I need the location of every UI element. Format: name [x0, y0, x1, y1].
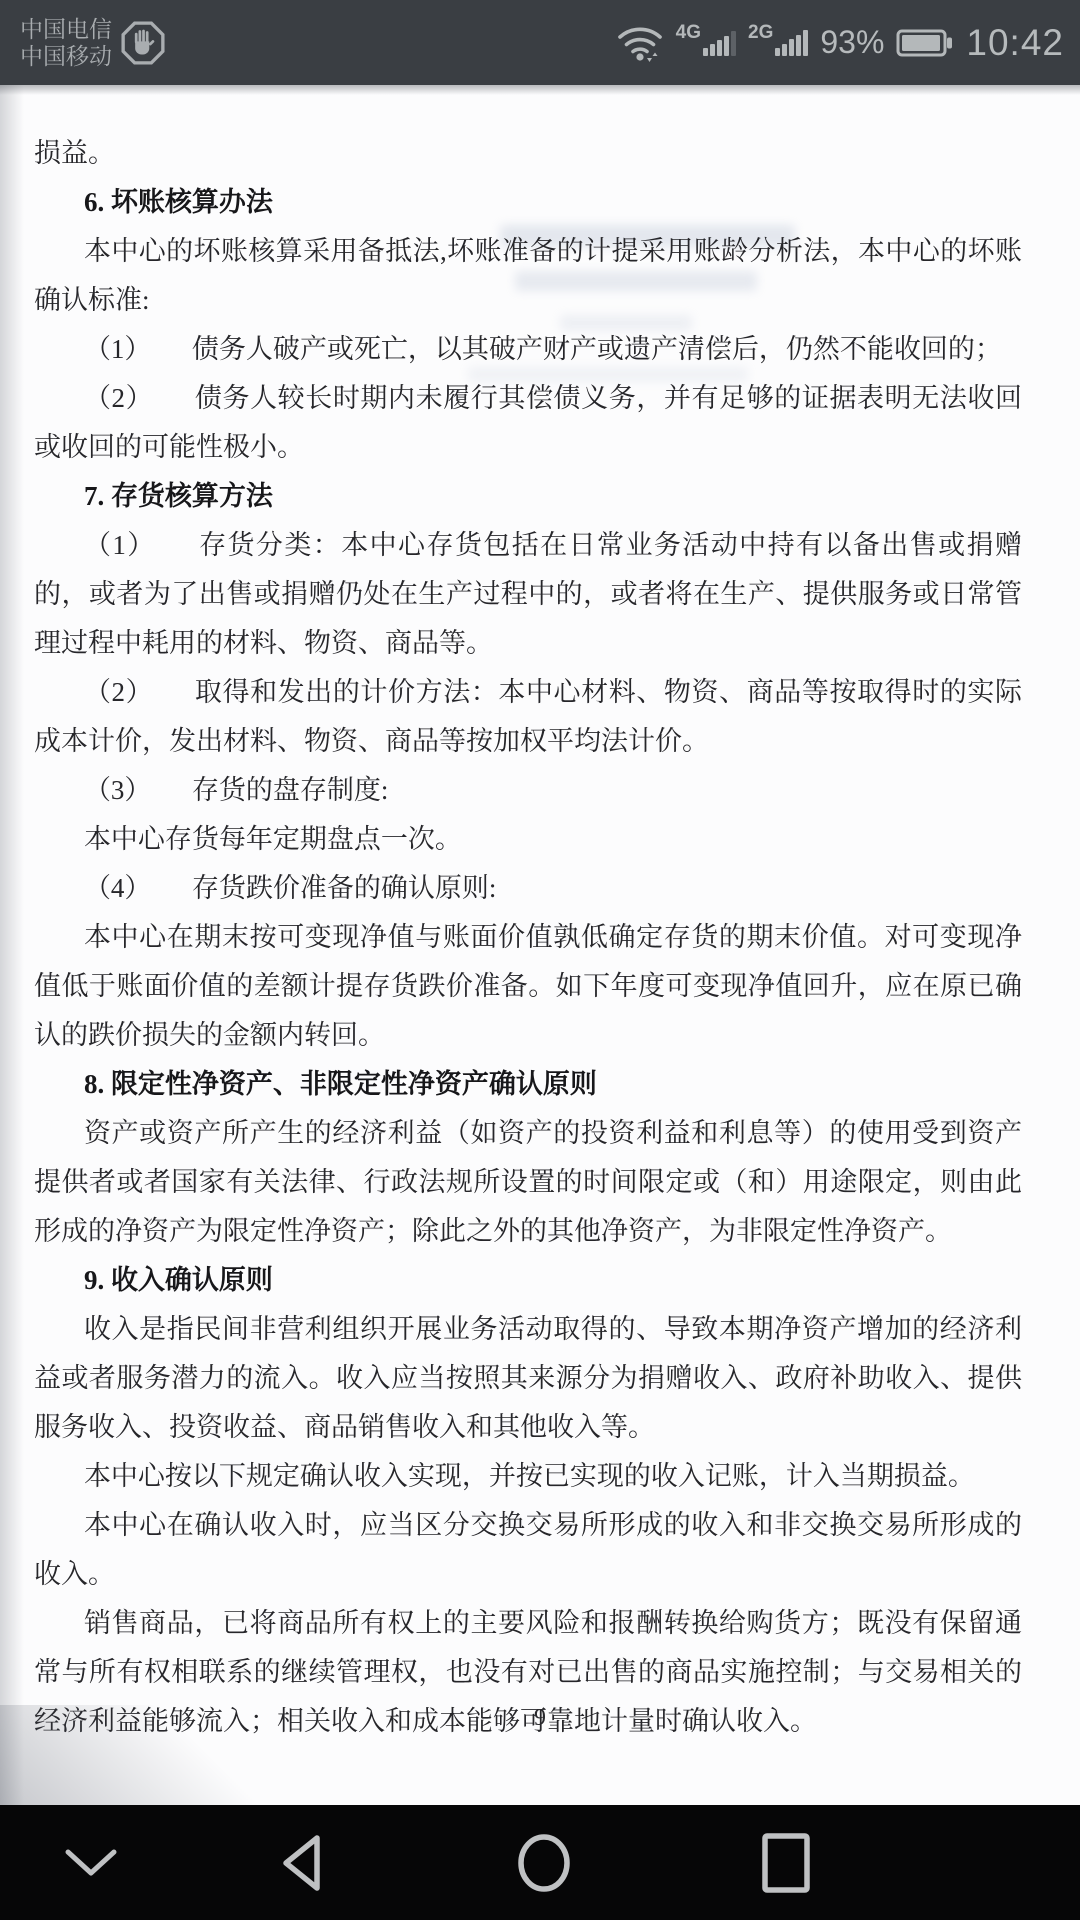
- doc-paragraph: （2） 债务人较长时期内未履行其偿债义务，并有足够的证据表明无法收回或收回的可能…: [34, 374, 1022, 472]
- carrier-names: 中国电信 中国移动: [20, 16, 112, 70]
- network-type-label-2: 2G: [748, 22, 773, 44]
- doc-paragraph: （3） 存货的盘存制度:: [34, 766, 1022, 815]
- battery-icon: [896, 26, 954, 60]
- status-bar: 中国电信 中国移动: [0, 0, 1080, 85]
- doc-paragraph: 本中心在期末按可变现净值与账面价值孰低确定存货的期末价值。对可变现净值低于账面价…: [34, 913, 1022, 1060]
- recents-button[interactable]: [760, 1831, 812, 1895]
- recents-square-icon: [760, 1831, 812, 1895]
- doc-paragraph: 资产或资产所产生的经济利益（如资产的投资利益和利息等）的使用受到资产提供者或者国…: [34, 1109, 1022, 1256]
- hide-navigation-button[interactable]: [62, 1847, 120, 1879]
- status-time: 10:42: [966, 22, 1064, 64]
- doc-paragraph: 收入是指民间非营利组织开展业务活动取得的、导致本期净资产增加的经济利益或者服务潜…: [34, 1305, 1022, 1452]
- signal-2g: 2G: [748, 30, 808, 56]
- doc-heading: 9. 收入确认原则: [34, 1256, 1022, 1305]
- signal-bars-icon-2g: [775, 30, 808, 56]
- battery-percent: 93%: [820, 24, 884, 61]
- signal-bars-icon-4g: [703, 30, 736, 56]
- back-button[interactable]: [276, 1831, 328, 1895]
- carrier-block: 中国电信 中国移动: [20, 16, 166, 70]
- signal-4g: 4G: [676, 30, 736, 56]
- document-text: 损益。6. 坏账核算办法本中心的坏账核算采用备抵法,坏账准备的计提采用账龄分析法…: [0, 85, 1080, 1805]
- navigation-bar: [0, 1805, 1080, 1920]
- doc-paragraph: 本中心在确认收入时，应当区分交换交易所形成的收入和非交换交易所形成的收入。: [34, 1501, 1022, 1599]
- home-circle-icon: [514, 1831, 574, 1895]
- doc-heading: 6. 坏账核算办法: [34, 178, 1022, 227]
- doc-paragraph: 本中心按以下规定确认收入实现，并按已实现的收入记账，计入当期损益。: [34, 1452, 1022, 1501]
- doc-paragraph: （4） 存货跌价准备的确认原则:: [34, 864, 1022, 913]
- carrier-line1: 中国电信: [20, 16, 112, 43]
- doc-paragraph: 本中心存货每年定期盘点一次。: [34, 815, 1022, 864]
- hand-block-octagon-icon: [120, 20, 166, 66]
- doc-paragraph: 本中心的坏账核算采用备抵法,坏账准备的计提采用账龄分析法，本中心的坏账确认标准:: [34, 227, 1022, 325]
- phone-screen: 中国电信 中国移动: [0, 0, 1080, 1920]
- document-page[interactable]: 损益。6. 坏账核算办法本中心的坏账核算采用备抵法,坏账准备的计提采用账龄分析法…: [0, 85, 1080, 1805]
- doc-heading: 8. 限定性净资产、非限定性净资产确认原则: [34, 1060, 1022, 1109]
- doc-paragraph: （2） 取得和发出的计价方法：本中心材料、物资、商品等按取得时的实际成本计价，发…: [34, 668, 1022, 766]
- status-indicators: 4G 2G 93% 10:42: [616, 22, 1064, 64]
- page-number: 9: [0, 1694, 1080, 1743]
- back-triangle-icon: [276, 1831, 328, 1895]
- doc-heading: 7. 存货核算方法: [34, 472, 1022, 521]
- network-type-label-1: 4G: [676, 22, 701, 44]
- doc-paragraph: （1） 债务人破产或死亡，以其破产财产或遗产清偿后，仍然不能收回的；: [34, 325, 1022, 374]
- wifi-icon: [616, 22, 664, 64]
- carrier-line2: 中国移动: [20, 43, 112, 70]
- doc-paragraph: 损益。: [34, 129, 1022, 178]
- doc-paragraph: （1） 存货分类：本中心存货包括在日常业务活动中持有以备出售或捐赠的，或者为了出…: [34, 521, 1022, 668]
- home-button[interactable]: [514, 1831, 574, 1895]
- chevron-down-icon: [62, 1847, 120, 1879]
